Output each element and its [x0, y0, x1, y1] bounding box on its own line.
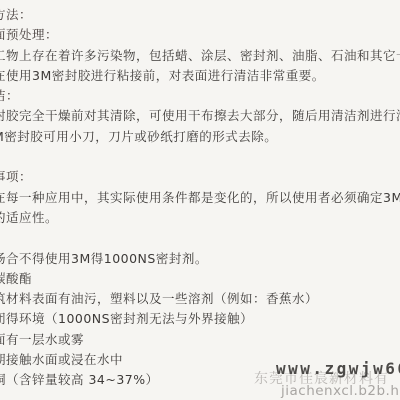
heading-usage-method: 方法：	[0, 5, 400, 25]
watermark-b2b-url: jiachenxcl.b2b.hc3	[281, 383, 400, 399]
text-line: 在每一种应用中，其实际使用条件都是变化的，所以使用者必须确定3M密封胶	[0, 188, 400, 208]
watermark-website: www.zgwjw66	[276, 359, 400, 378]
text-line: 工物上存在着许多污染物，包括蜡、涂层、密封剂、油脂、石油和其它一些污	[0, 46, 400, 66]
text-line: 闭得环境（1000NS密封剂无法与外界接触）	[0, 309, 400, 329]
text-line: 封胶完全干燥前对其清除，可使用干布擦去大部分，随后用清洁剂进行清洗。	[0, 106, 400, 126]
heading-cleaning: 洁：	[0, 86, 400, 106]
heading-precautions: 事项：	[0, 167, 400, 187]
text-line: 面有一层水或雾	[0, 330, 400, 350]
text-line: 场合不得使用3M得1000NS密封剂。	[0, 249, 400, 269]
document-body: 方法： 面预处理： 工物上存在着许多污染物，包括蜡、涂层、密封剂、油脂、石油和其…	[0, 5, 400, 391]
heading-surface-pretreatment: 面预处理：	[0, 25, 400, 45]
text-line: 碳酸酯	[0, 269, 400, 289]
text-line: 筑材料表面有油污，塑料以及一些溶剂（例如：香蕉水）	[0, 289, 400, 309]
blank-line	[0, 228, 400, 248]
document-image: { "doc": { "lines": [ "方法：", "面预处理：", "工…	[0, 0, 400, 400]
blank-line	[0, 147, 400, 167]
text-line: 在使用3M密封胶进行粘接前，对表面进行清洁非常重要。	[0, 66, 400, 86]
text-line: 的适应性。	[0, 208, 400, 228]
text-line: M密封胶可用小刀，刀片或砂纸打磨的形式去除。	[0, 127, 400, 147]
